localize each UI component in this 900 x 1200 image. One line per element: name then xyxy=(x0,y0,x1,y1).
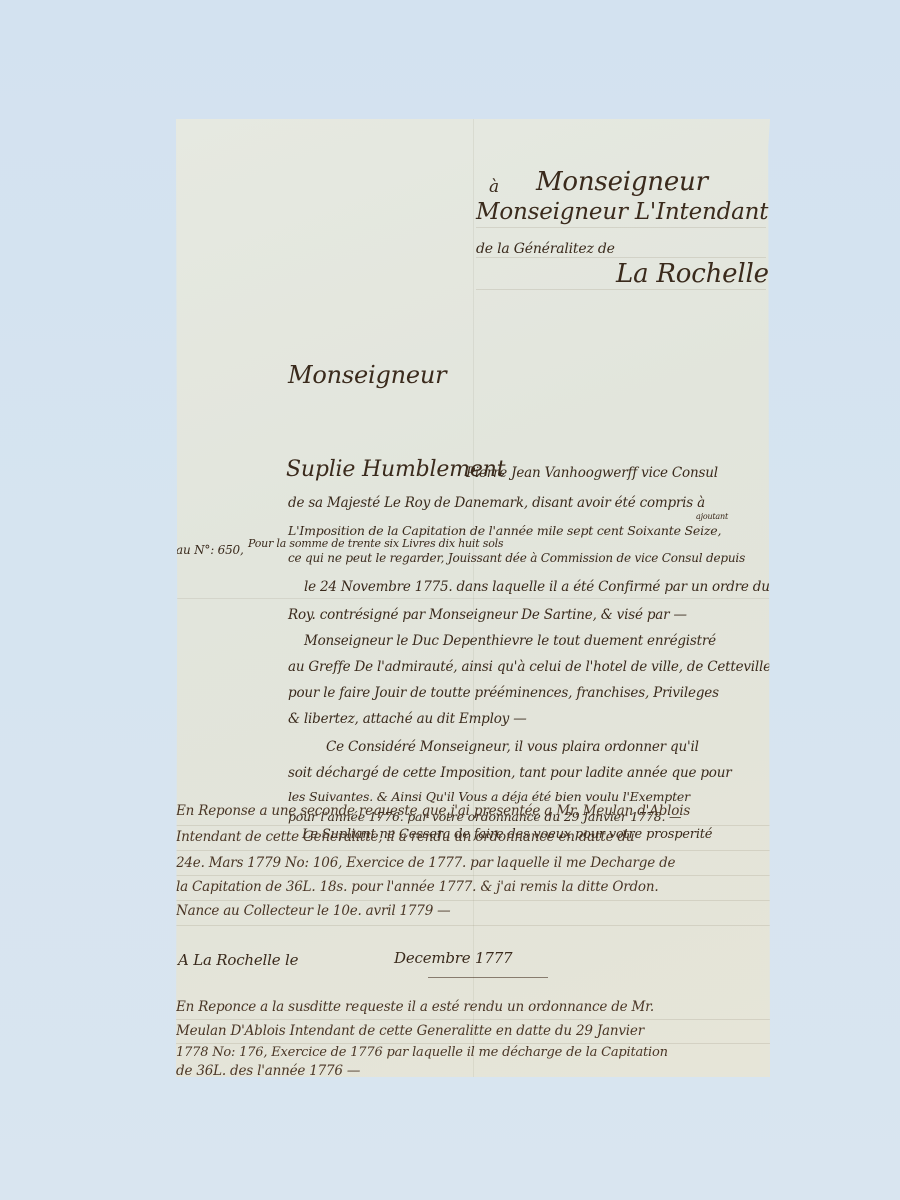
petition-line: & libertez, attaché au dit Employ — xyxy=(288,711,527,727)
fold-line-vertical xyxy=(473,119,474,1077)
date-underline xyxy=(428,977,548,978)
closing-line: soit déchargé de cette Imposition, tant … xyxy=(288,765,731,781)
closing-line: Ce Considéré Monseigneur, il vous plaira… xyxy=(326,739,699,755)
interlinear-insert: Pour la somme de trente six Livres dix h… xyxy=(248,537,503,550)
address-line-1: Monseigneur xyxy=(536,167,708,197)
ruling xyxy=(176,825,770,826)
ruling xyxy=(476,257,766,258)
petition-line: de sa Majesté Le Roy de Danemark, disant… xyxy=(288,495,705,511)
ruling xyxy=(476,227,766,228)
note-line: En Reponce a la susditte requeste il a e… xyxy=(176,999,654,1015)
petition-line: pour le faire Jouir de toutte prééminenc… xyxy=(288,685,719,701)
note-line: 24e. Mars 1779 No: 106, Exercice de 1777… xyxy=(176,855,675,871)
ruling xyxy=(176,925,770,926)
address-line-4: La Rochelle xyxy=(616,259,769,289)
note-line: En Reponse a une seconde requeste que j'… xyxy=(176,803,690,819)
note-line: la Capitation de 36L. 18s. pour l'année … xyxy=(176,879,658,895)
petition-line: Roy. contrésigné par Monseigneur De Sart… xyxy=(288,607,687,623)
manuscript-page: à Monseigneur Monseigneur L'Intendant de… xyxy=(176,119,770,1077)
address-prefix: à xyxy=(489,177,499,197)
ruling xyxy=(176,1043,770,1044)
note-line: Nance au Collecteur le 10e. avril 1779 — xyxy=(176,903,450,919)
ruling xyxy=(476,289,766,290)
ruling xyxy=(176,1019,770,1020)
address-line-2: Monseigneur L'Intendant xyxy=(476,199,768,225)
petition-line: Monseigneur le Duc Depenthievre le tout … xyxy=(304,633,716,649)
dateline-place: A La Rochelle le xyxy=(178,951,298,969)
ruling xyxy=(176,875,770,876)
petition-line: le 24 Novembre 1775. dans laquelle il a … xyxy=(304,579,770,595)
superscript-word: ajoutant xyxy=(696,512,728,521)
petition-line: Pierre Jean Vanhoogwerff vice Consul xyxy=(466,465,718,481)
ruling xyxy=(176,900,770,901)
ruling xyxy=(176,850,770,851)
dateline-date: Decembre 1777 xyxy=(394,949,512,967)
petition-line: ce qui ne peut le regarder, Jouissant dé… xyxy=(288,551,745,565)
address-line-3: de la Généralitez de xyxy=(476,241,615,257)
note-line: Intendant de cette Generalitte, il a ren… xyxy=(176,829,634,845)
petition-line: au Greffe De l'admirauté, ainsi qu'à cel… xyxy=(288,659,771,675)
note-line: Meulan D'Ablois Intendant de cette Gener… xyxy=(176,1023,644,1039)
margin-note: au N°: 650, xyxy=(176,543,244,557)
petition-line: L'Imposition de la Capitation de l'année… xyxy=(288,523,721,538)
salutation: Monseigneur xyxy=(288,361,446,389)
note-line: de 36L. des l'année 1776 — xyxy=(176,1063,360,1079)
closing-line: les Suivantes. & Ainsi Qu'il Vous a déja… xyxy=(288,789,690,804)
note-line: 1778 No: 176, Exercice de 1776 par laque… xyxy=(176,1045,668,1060)
